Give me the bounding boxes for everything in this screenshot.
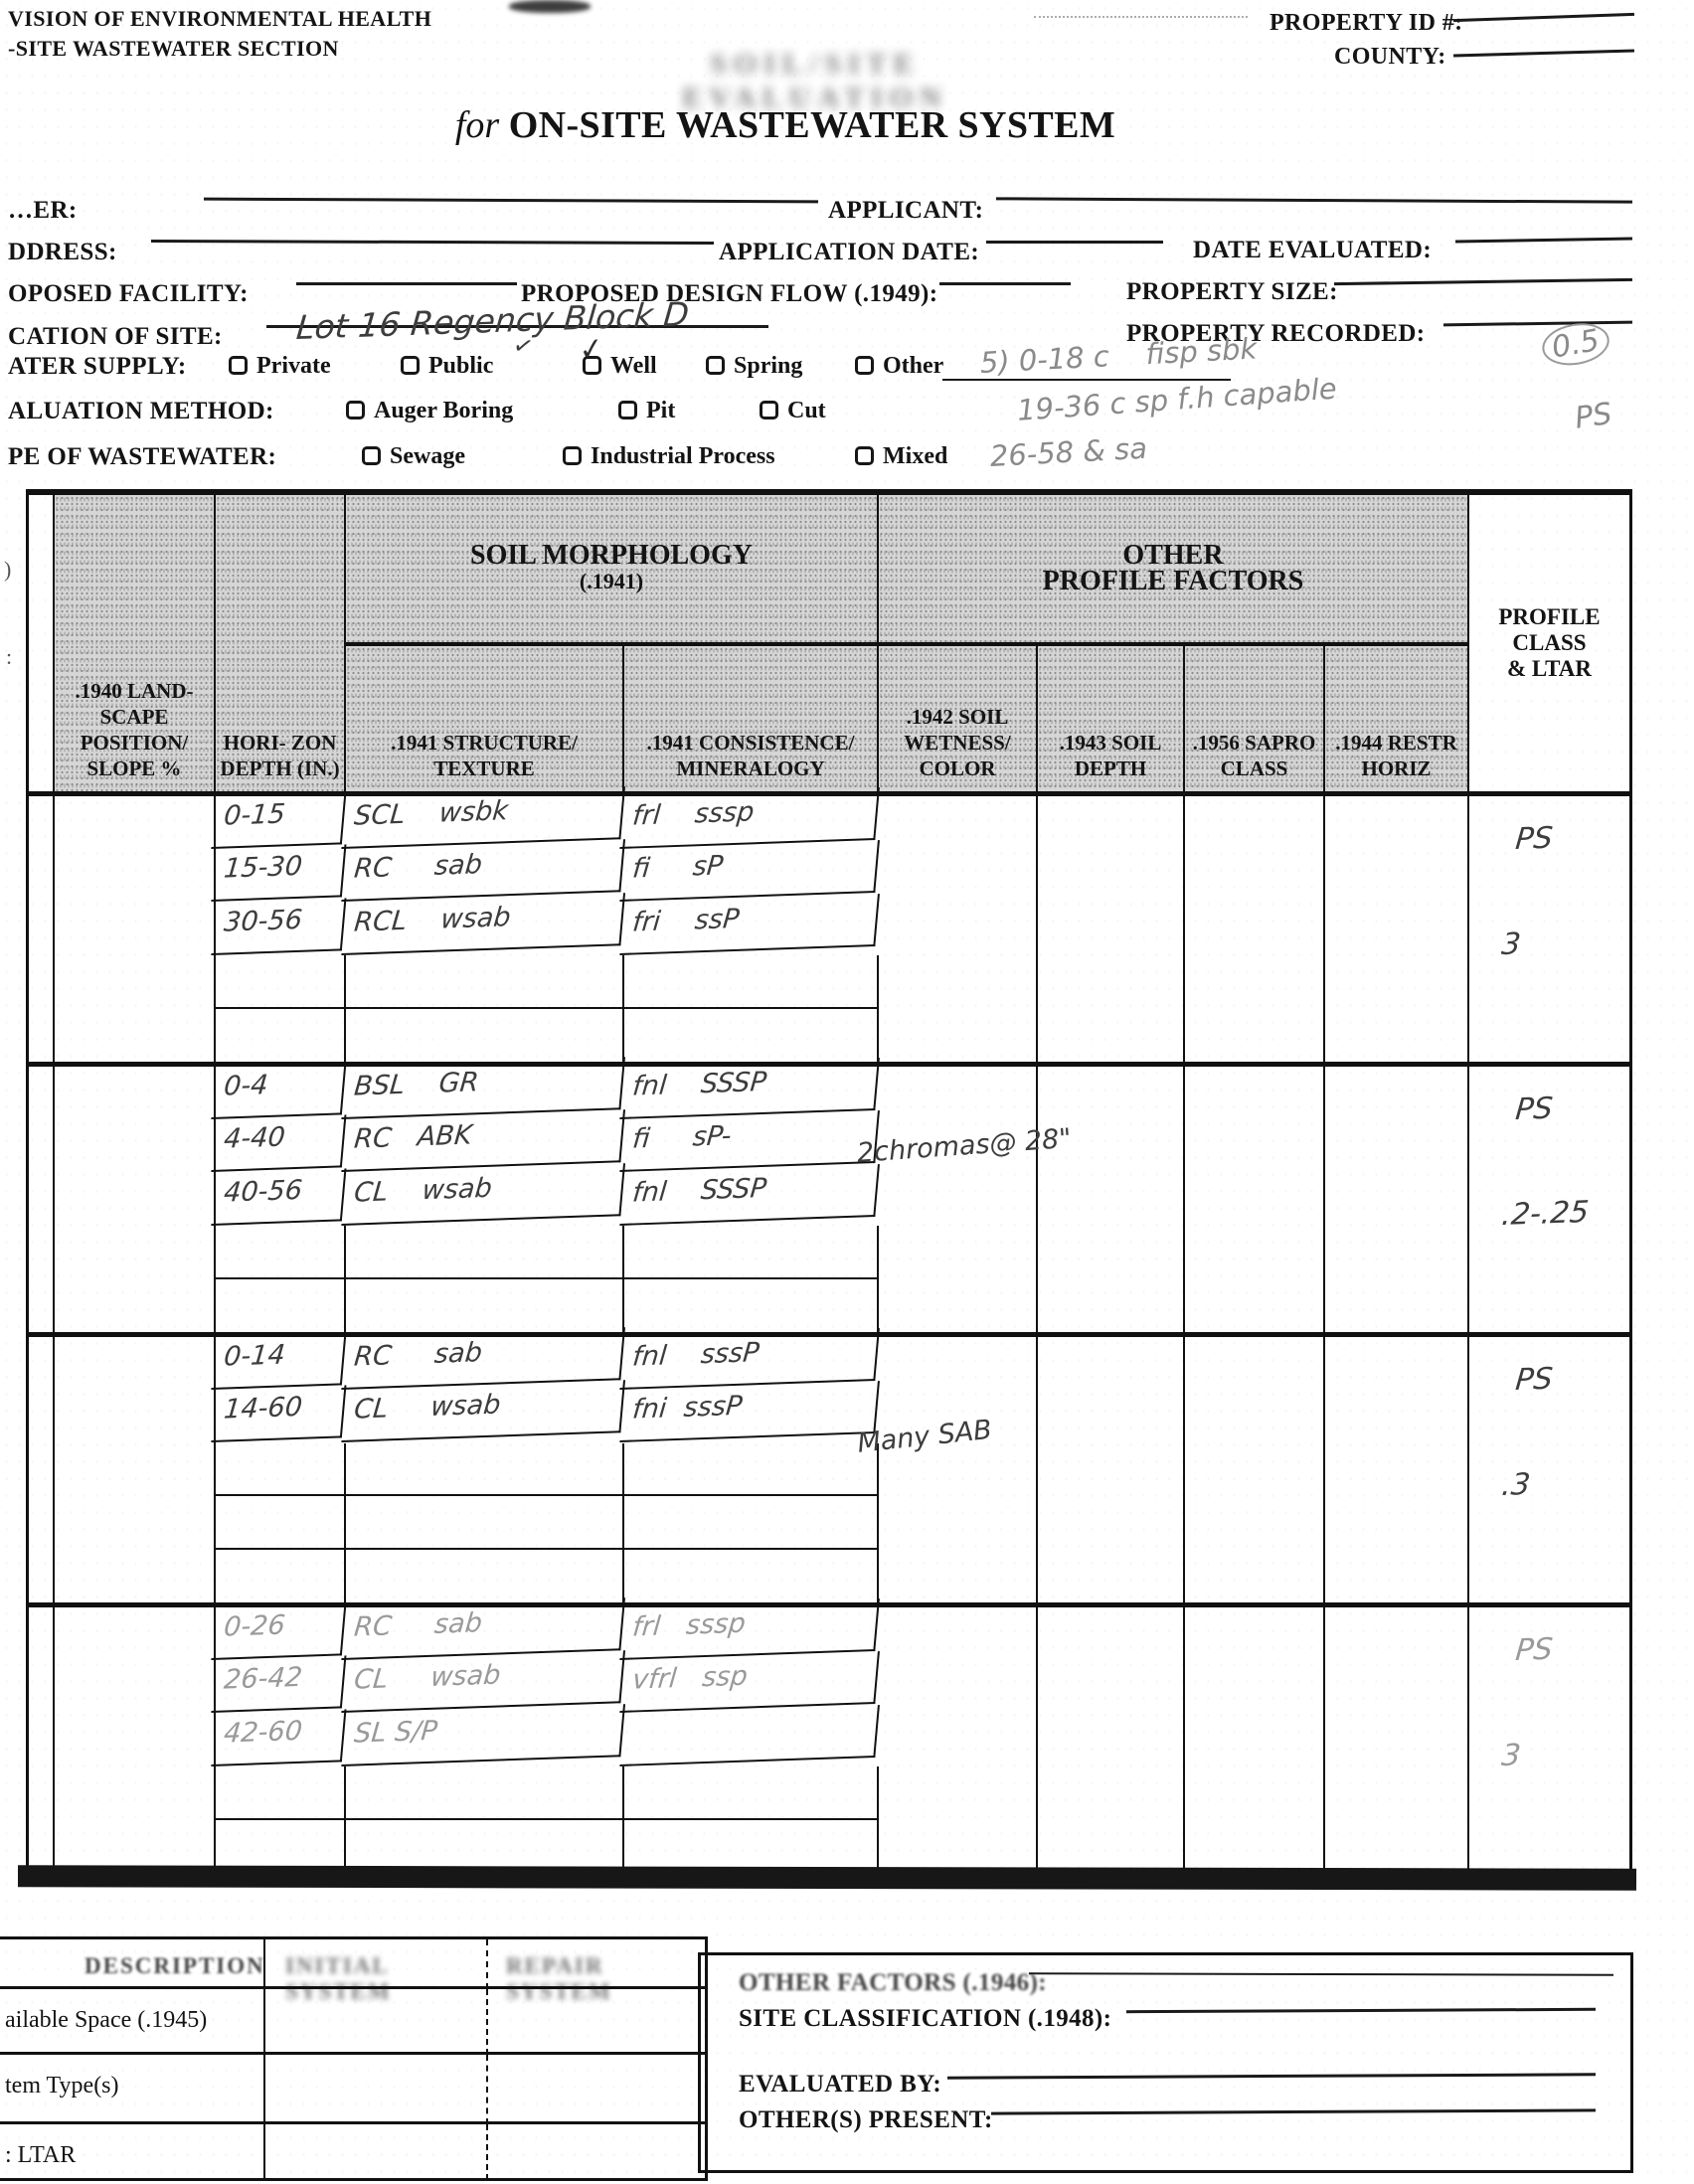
description-header-cell: DESCRIPTION (0, 1939, 265, 1989)
profile-class-cell: PS .3 (1469, 1337, 1629, 1602)
others-present-label: OTHER(S) PRESENT: (739, 2106, 993, 2134)
ltar-value: 3 (1500, 1738, 1522, 1773)
other-factors-field-line (1029, 1972, 1613, 1976)
header-consistence-mineralogy: .1941 CONSISTENCE/ MINERALOGY (624, 646, 879, 791)
scan-dash-artifact (1034, 16, 1248, 18)
header-profile-class-ltar: PROFILE CLASS & LTAR (1469, 495, 1629, 791)
checkbox-label: Pit (646, 398, 675, 423)
depth-cell: 40-56 (211, 1168, 346, 1226)
structure-cell: RC ABK (341, 1110, 625, 1173)
profile-class-value: PS (1514, 1092, 1554, 1127)
soil-table-header: .1940 LAND- SCAPE POSITION/ SLOPE % HORI… (29, 495, 1629, 791)
checkbox-label: Well (610, 353, 657, 379)
strip-cell (29, 1607, 55, 1873)
county-label: COUNTY: (1334, 44, 1446, 71)
restr-horiz-cell (1325, 1067, 1469, 1332)
property-id-field-line (1453, 13, 1634, 22)
structure-cell (346, 1226, 624, 1278)
checkbox-private: Private (229, 353, 331, 380)
structure-cell: RC sab (341, 840, 625, 903)
checkbox-industrial-process: Industrial Process (563, 443, 775, 470)
consistence-cell: fnl sssP (619, 1328, 880, 1390)
depth-cell: 26-42 (211, 1656, 346, 1714)
depth-cell: 15-30 (211, 845, 346, 903)
depth-cell: 42-60 (211, 1709, 346, 1766)
applicant-field-line (996, 197, 1632, 203)
structure-cell (346, 1496, 624, 1549)
profile-block-1: 0-15SCL wsbkfrl sssp 15-30RC sabfi sP 30… (29, 791, 1629, 1062)
depth-cell: 0-14 (211, 1332, 346, 1390)
header-other-profile-factors: OTHER PROFILE FACTORS (879, 495, 1469, 646)
description-header: DESCRIPTION (85, 1953, 265, 1979)
header-soil-wetness-color: .1942 SOIL WETNESS/ COLOR (879, 646, 1038, 791)
strip-cell (29, 1067, 55, 1332)
landscape-cell (55, 1067, 216, 1332)
section-divider-band (18, 1865, 1636, 1890)
address-field-line (151, 240, 714, 245)
date-evaluated-field-line (1455, 237, 1632, 243)
profile-class-cell: PS 3 (1469, 796, 1629, 1062)
horizon-rows: 0-4BSL GRfnl SSSP 4-40RC ABKfi sP- 40-56… (216, 1067, 879, 1332)
soil-wetness-cell (879, 1337, 1038, 1602)
consistence-cell: fni sssP (619, 1381, 880, 1442)
address-label: DDRESS: (8, 239, 117, 266)
location-of-site-label: CATION OF SITE: (8, 323, 223, 351)
restr-horiz-cell (1325, 796, 1469, 1062)
soil-morphology-title: SOIL MORPHOLOGY (470, 543, 753, 569)
owner-field-line (204, 198, 818, 204)
system-type-initial-cell (265, 2055, 488, 2124)
profile-block-2: 0-4BSL GRfnl SSSP 4-40RC ABKfi sP- 40-56… (29, 1062, 1629, 1332)
site-classification-field-line (1126, 2008, 1596, 2013)
strip-cell (29, 796, 55, 1062)
checkbox-icon (706, 356, 725, 375)
ltar-value: .3 (1500, 1467, 1532, 1503)
property-recorded-field-line (1443, 321, 1632, 327)
consistence-cell (624, 1279, 879, 1332)
evaluation-method-row: ALUATION METHOD: Auger Boring Pit Cut (8, 398, 1688, 433)
application-date-field-line (986, 241, 1163, 244)
header-sapro-class: .1956 SAPRO CLASS (1185, 646, 1325, 791)
strip-cell (29, 1337, 55, 1602)
header-restr-horiz: .1944 RESTR HORIZ (1325, 646, 1469, 791)
profile-class-value: PS (1514, 1632, 1554, 1668)
depth-cell: 4-40 (211, 1115, 346, 1173)
landscape-cell (55, 1337, 216, 1602)
wastewater-type-label: PE OF WASTEWATER: (8, 443, 276, 471)
consistence-cell (624, 1820, 879, 1873)
initial-system-header-cell: INITIAL SYSTEM (265, 1939, 488, 1989)
department-line2: -SITE WASTEWATER SECTION (8, 36, 339, 62)
depth-cell: 0-26 (211, 1602, 346, 1660)
page-title: for ON-SITE WASTEWATER SYSTEM (338, 103, 1233, 147)
checkbox-icon (346, 401, 365, 420)
depth-cell: 0-15 (211, 791, 346, 849)
site-summary-panel: OTHER FACTORS (.1946): SITE CLASSIFICATI… (698, 1952, 1633, 2173)
header-landscape: .1940 LAND- SCAPE POSITION/ SLOPE % (55, 495, 216, 791)
scanned-form-page: VISION OF ENVIRONMENTAL HEALTH -SITE WAS… (0, 0, 1694, 2184)
header-horizon-depth: HORI- ZON DEPTH (IN.) (216, 495, 346, 791)
consistence-cell: frl sssp (619, 1598, 880, 1660)
consistence-cell: fi sP (619, 840, 880, 902)
depth-cell: 14-60 (211, 1386, 346, 1443)
ltar-label-cell: : LTAR (0, 2124, 265, 2180)
available-space-repair-cell (488, 1989, 708, 2055)
consistence-cell: fri ssP (619, 894, 880, 955)
pencil-note-ps: PS (1573, 397, 1614, 436)
soil-wetness-cell (879, 1067, 1038, 1332)
date-evaluated-label: DATE EVALUATED: (1193, 237, 1432, 264)
ltar-value: 3 (1500, 926, 1522, 962)
checkbox-icon (229, 356, 248, 375)
sapro-class-cell (1185, 1337, 1325, 1602)
checkbox-icon (855, 356, 874, 375)
profile-block-4: 0-26RC sabfrl sssp 26-42CL wsabvfrl ssp … (29, 1602, 1629, 1873)
structure-cell: CL wsab (341, 1651, 625, 1714)
soil-depth-cell (1038, 1067, 1185, 1332)
depth-cell (216, 1443, 346, 1496)
checkbox-label: Auger Boring (374, 398, 513, 423)
soil-depth-cell (1038, 1607, 1185, 1873)
application-date-label: APPLICATION DATE: (719, 239, 979, 266)
property-size-label: PROPERTY SIZE: (1126, 278, 1338, 306)
other-factors-label: OTHER FACTORS (.1946): (739, 1969, 1047, 1997)
structure-cell: SL S/P (341, 1704, 625, 1766)
location-handwritten-value: Lot 16 Regency Block D (295, 294, 691, 347)
consistence-cell: fnl SSSP (619, 1058, 880, 1119)
consistence-cell: fnl SSSP (619, 1164, 880, 1226)
checkbox-cut: Cut (760, 398, 826, 424)
horizon-rows: 0-15SCL wsbkfrl sssp 15-30RC sabfi sP 30… (216, 796, 879, 1062)
soil-wetness-cell (879, 1607, 1038, 1873)
consistence-cell (624, 1766, 879, 1819)
checkbox-label: Mixed (883, 443, 947, 469)
proposed-facility-label: OPOSED FACILITY: (8, 280, 249, 308)
checkbox-label: Public (428, 353, 493, 379)
restr-horiz-cell (1325, 1607, 1469, 1873)
available-space-initial-cell (265, 1989, 488, 2055)
consistence-cell: fi sP- (619, 1110, 880, 1172)
structure-cell (346, 1766, 624, 1819)
evaluated-by-label: EVALUATED BY: (739, 2071, 941, 2099)
system-type-repair-cell (488, 2055, 708, 2124)
consistence-cell (624, 1443, 879, 1496)
county-field-line (1453, 49, 1634, 57)
margin-artifact: : (6, 644, 12, 670)
depth-cell (216, 1279, 346, 1332)
horizon-rows: 0-26RC sabfrl sssp 26-42CL wsabvfrl ssp … (216, 1607, 879, 1873)
available-space-label-cell: ailable Space (.1945) (0, 1989, 265, 2055)
site-classification-label: SITE CLASSIFICATION (.1948): (739, 2005, 1111, 2033)
depth-cell (216, 1226, 346, 1278)
profile-class-value: PS (1514, 821, 1554, 857)
wastewater-type-row: PE OF WASTEWATER: Sewage Industrial Proc… (8, 443, 1688, 479)
depth-cell (216, 1009, 346, 1062)
structure-cell (346, 1550, 624, 1602)
depth-cell (216, 1496, 346, 1549)
structure-cell (346, 955, 624, 1008)
depth-cell (216, 1766, 346, 1819)
structure-cell: CL wsab (341, 1381, 625, 1443)
soil-wetness-cell (879, 796, 1038, 1062)
profile-block-3: 0-14RC sabfnl sssP 14-60CL wsabfni sssP … (29, 1332, 1629, 1602)
structure-cell (346, 1443, 624, 1496)
consistence-cell: vfrl ssp (619, 1651, 880, 1713)
department-line1: VISION OF ENVIRONMENTAL HEALTH (8, 6, 431, 32)
depth-cell (216, 955, 346, 1008)
header-soil-depth: .1943 SOIL DEPTH (1038, 646, 1185, 791)
soil-profile-table: .1940 LAND- SCAPE POSITION/ SLOPE % HORI… (26, 489, 1632, 1876)
sapro-class-cell (1185, 1607, 1325, 1873)
checkbox-other: Other (855, 353, 943, 380)
depth-cell (216, 1550, 346, 1602)
checkbox-auger-boring: Auger Boring (346, 398, 513, 424)
margin-artifact: ) (4, 557, 11, 583)
profile-class-cell: PS 3 (1469, 1607, 1629, 1873)
checkbox-icon (760, 401, 778, 420)
checkbox-icon (563, 446, 582, 465)
system-summary-table: DESCRIPTION INITIAL SYSTEM REPAIR SYSTEM… (0, 1936, 708, 2181)
structure-cell: RCL wsab (341, 893, 625, 955)
checkbox-icon (401, 356, 420, 375)
checkbox-pit: Pit (618, 398, 675, 424)
structure-cell (346, 1820, 624, 1873)
repair-system-header-cell: REPAIR SYSTEM (488, 1939, 708, 1989)
checkbox-label: Sewage (390, 443, 465, 469)
header-soil-morphology: SOIL MORPHOLOGY (.1941) (346, 495, 879, 646)
sapro-class-cell (1185, 796, 1325, 1062)
checkbox-label: Other (883, 353, 943, 379)
checkbox-sewage: Sewage (362, 443, 465, 470)
restr-horiz-cell (1325, 1337, 1469, 1602)
ltar-repair-cell (488, 2124, 708, 2180)
checkbox-mixed: Mixed (855, 443, 947, 470)
ltar-value: .2-.25 (1500, 1195, 1591, 1233)
owner-label: …ER: (8, 197, 78, 225)
consistence-cell: frl sssp (619, 787, 880, 849)
header-strip-cell (29, 495, 55, 791)
ltar-initial-cell (265, 2124, 488, 2180)
checkbox-label: Cut (787, 398, 826, 423)
scan-smudge-top (509, 0, 591, 13)
property-id-label: PROPERTY ID #: (1270, 10, 1463, 37)
structure-cell: CL wsab (341, 1163, 625, 1226)
horizon-rows: 0-14RC sabfnl sssP 14-60CL wsabfni sssP (216, 1337, 879, 1602)
consistence-cell (624, 955, 879, 1008)
checkbox-icon (855, 446, 874, 465)
checkbox-icon (362, 446, 381, 465)
design-flow-field-line (939, 282, 1071, 285)
header-structure-texture: .1941 STRUCTURE/ TEXTURE (346, 646, 624, 791)
soil-depth-cell (1038, 796, 1185, 1062)
handwritten-check-well: ✓ (577, 331, 606, 369)
checkbox-label: Private (256, 353, 331, 379)
depth-cell: 30-56 (211, 898, 346, 955)
ltar-label: : LTAR (5, 2142, 76, 2169)
water-supply-label: ATER SUPPLY: (8, 353, 187, 381)
profile-class-value: PS (1514, 1362, 1554, 1398)
soil-depth-cell (1038, 1337, 1185, 1602)
structure-cell (346, 1009, 624, 1062)
system-type-label-cell: tem Type(s) (0, 2055, 265, 2124)
structure-cell (346, 1279, 624, 1332)
system-type-label: tem Type(s) (5, 2073, 119, 2100)
title-prefix: for (455, 104, 499, 146)
others-present-field-line (991, 2108, 1596, 2114)
soil-morphology-code: (.1941) (580, 569, 643, 594)
profile-class-cell: PS .2-.25 (1469, 1067, 1629, 1332)
checkbox-label: Spring (734, 353, 802, 379)
checkbox-public: Public (401, 353, 493, 380)
consistence-cell (624, 1496, 879, 1549)
consistence-cell (619, 1705, 880, 1766)
sapro-class-cell (1185, 1067, 1325, 1332)
property-size-field-line (1334, 278, 1632, 285)
consistence-cell (624, 1226, 879, 1278)
applicant-label: APPLICANT: (828, 197, 983, 225)
checkbox-spring: Spring (706, 353, 802, 380)
proposed-facility-field-line (296, 282, 517, 285)
evaluated-by-field-line (947, 2073, 1596, 2079)
evaluation-method-label: ALUATION METHOD: (8, 398, 274, 425)
checkbox-label: Industrial Process (591, 443, 775, 469)
title-main: ON-SITE WASTEWATER SYSTEM (509, 104, 1115, 146)
depth-cell: 0-4 (211, 1062, 346, 1119)
available-space-label: ailable Space (.1945) (5, 2007, 207, 2034)
consistence-cell (624, 1009, 879, 1062)
consistence-cell (624, 1550, 879, 1602)
water-supply-row: ATER SUPPLY: Private Public Well Spring … (8, 353, 1688, 389)
landscape-cell (55, 1607, 216, 1873)
landscape-cell (55, 796, 216, 1062)
checkbox-icon (618, 401, 637, 420)
